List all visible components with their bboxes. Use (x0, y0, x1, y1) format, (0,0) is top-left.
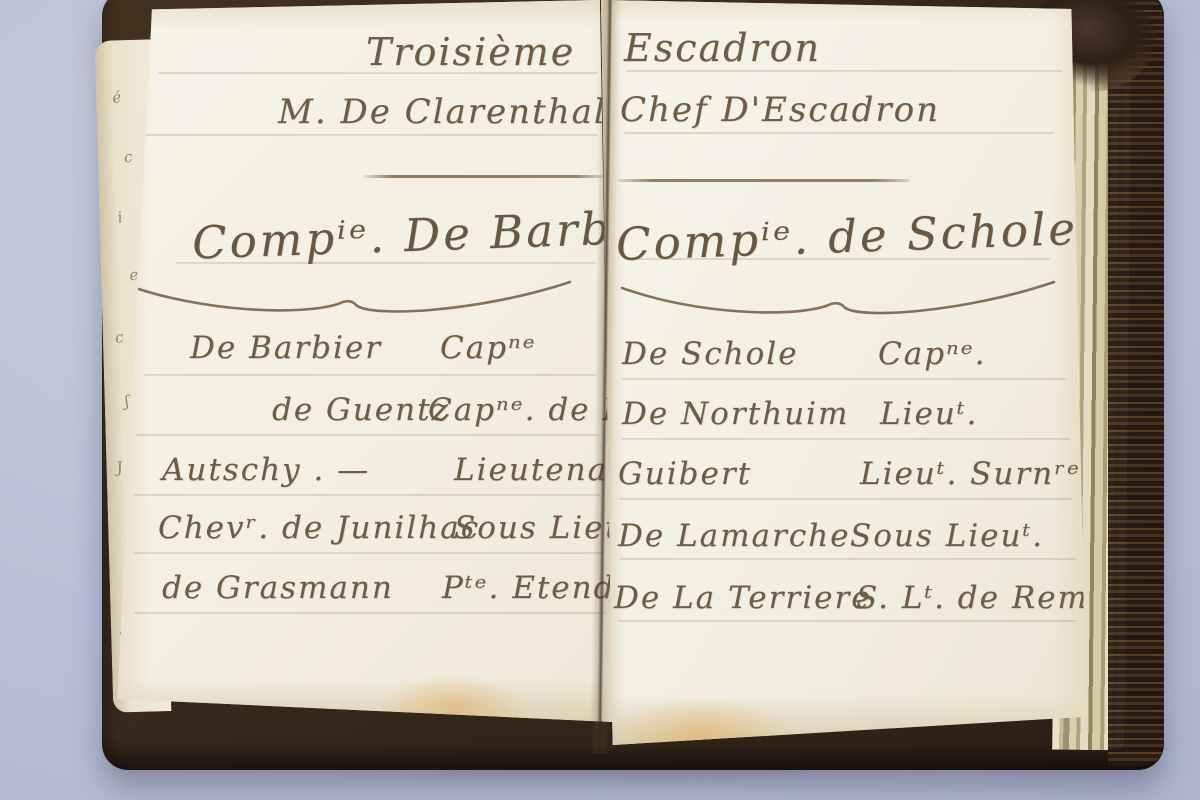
officer-row: De Schole Capⁿᵉ. (600, 336, 1086, 382)
left-page: Troisième M. De Clarenthal Compⁱᵉ. De Ba… (110, 0, 615, 722)
officer-name: De La Terriere (614, 580, 872, 616)
officer-name: Autschy . — (162, 452, 370, 488)
officer-name: Chevʳ. de Junilhac (158, 510, 480, 546)
squadron-title-left: Troisième (366, 30, 575, 74)
officer-name: de Grasmann (162, 570, 394, 606)
officer-rank: Sous Lieuᵗ. (850, 518, 1044, 554)
ink-rule (618, 179, 910, 182)
officer-name: Guibert (618, 456, 752, 492)
officer-rank: Lieuᵗ. Surnʳᵉ. (860, 456, 1093, 492)
officer-row: De Lamarche Sous Lieuᵗ. (600, 518, 1086, 564)
edge-ink-mark: c (122, 147, 134, 166)
company-title-right: Compⁱᵉ. de Schole (615, 202, 1079, 271)
right-page: Escadron Chef D'Escadron Compⁱᵉ. de Scho… (600, 0, 1086, 745)
edge-ink-mark: c (113, 328, 125, 347)
officer-name: De Barbier (190, 330, 382, 366)
edge-ink-mark: i (116, 208, 125, 227)
faint-ruled-line (626, 70, 1062, 72)
edge-ink-mark: J (115, 458, 125, 477)
officer-row: Chevʳ. de Junilhac Sous Lieuᵗ. (110, 510, 615, 556)
frayed-cover-edge (1108, 0, 1164, 766)
squadron-title-right: Escadron (624, 26, 821, 70)
faint-ruled-line (624, 132, 1054, 134)
faint-ruled-line (140, 134, 598, 136)
flourish-swash (120, 276, 575, 314)
officer-row: de Guentz Capⁿᵉ. de Rempᵗ (110, 392, 615, 438)
officer-row: de Grasmann Pᵗᵉ. Etendᵗ. (110, 570, 615, 616)
edge-ink-mark: é (111, 88, 124, 107)
officer-name: De Lamarche (618, 518, 851, 554)
officer-row: Autschy . — Lieutenant (110, 452, 615, 498)
officer-row: De Northuim Lieuᵗ. (600, 396, 1086, 442)
photo-of-antique-notebook: é c i e c ʃ J de J Troisième M. De Clare… (0, 0, 1200, 800)
officer-name: De Northuim (622, 396, 849, 432)
edge-ink-mark: ʃ (123, 392, 131, 411)
officer-rank: Capⁿᵉ. (878, 336, 986, 372)
officer-rank: Pᵗᵉ. Etendᵗ. (442, 570, 637, 606)
flourish-swash (618, 278, 1058, 316)
officer-rank: Capⁿᵉ (440, 330, 537, 366)
officer-rank: Lieuᵗ. (880, 396, 978, 432)
officer-name: De Schole (622, 336, 799, 372)
squadron-chief-left: M. De Clarenthal (278, 92, 607, 132)
officer-name: de Guentz (272, 392, 450, 428)
ink-rule (364, 175, 604, 178)
squadron-chief-right: Chef D'Escadron (620, 90, 940, 130)
officer-row: Guibert Lieuᵗ. Surnʳᵉ. (600, 456, 1086, 502)
officer-row: De Barbier Capⁿᵉ (110, 330, 615, 376)
officer-row: De La Terriere S. Lᵗ. de Rempᵗ. (600, 580, 1086, 626)
